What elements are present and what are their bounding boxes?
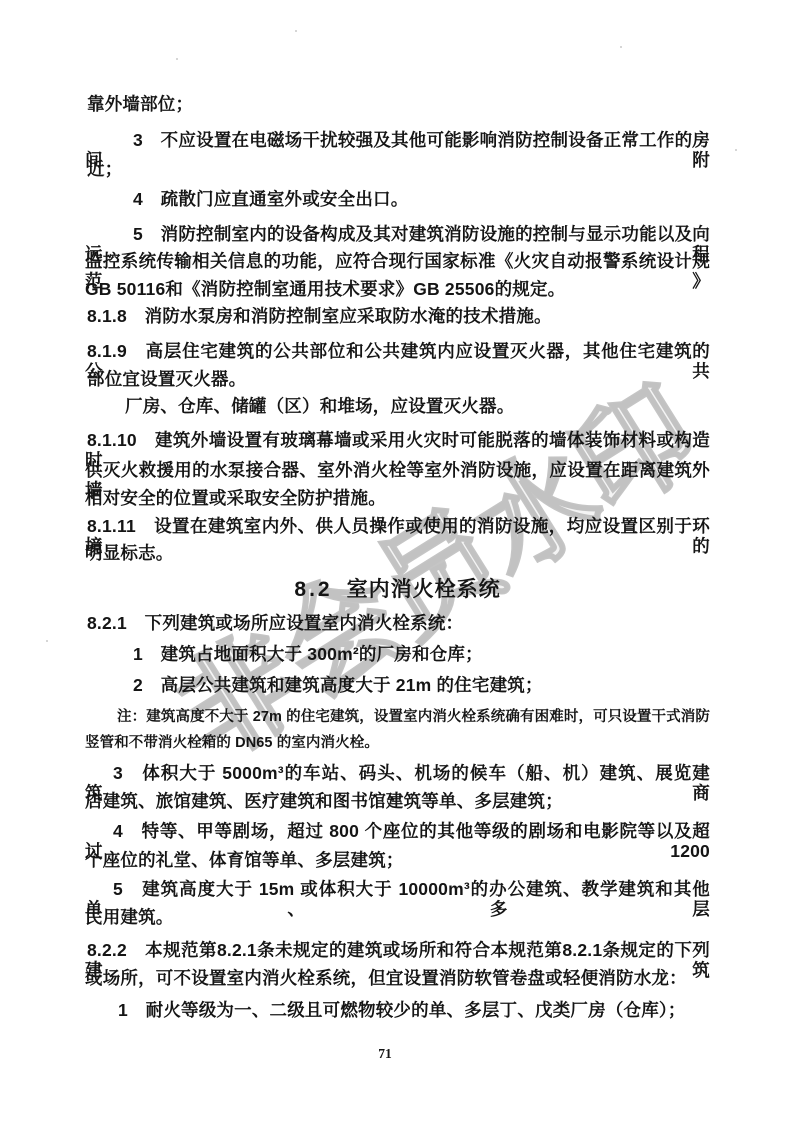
text-line: 部位宜设置灭火器。 [85,369,710,389]
scan-speck [620,46,622,48]
note-line: 竖管和不带消火栓箱的 DN65 的室内消火栓。 [85,733,710,753]
scan-speck [295,30,297,32]
text-line: 靠外墙部位； [85,94,710,114]
clause-line: 8.1.8 消防水泵房和消防控制室应采取防水淹的技术措施。 [85,306,710,326]
text-line: 4 疏散门应直通室外或安全出口。 [85,189,710,209]
text-line: 民用建筑。 [85,907,710,927]
clause-line: 8.2.1 下列建筑或场所应设置室内消火栓系统： [85,613,710,633]
scan-speck [46,640,48,642]
text-block: 靠外墙部位； 3 不应设置在电磁场干扰较强及其他可能影响消防控制设备正常工作的房… [0,0,793,1122]
scan-speck [735,149,737,151]
text-line: 相对安全的位置或采取安全防护措施。 [85,488,710,508]
section-title: 室内消火栓系统 [347,578,501,601]
scan-speck [176,58,178,60]
text-line: 个座位的礼堂、体育馆等单、多层建筑； [85,850,710,870]
text-line: 1 耐火等级为一、二级且可燃物较少的单、多层丁、戊类厂房（仓库）； [85,1000,710,1020]
text-line: 近； [85,159,710,179]
text-line: GB 50116和《消防控制室通用技术要求》GB 25506的规定。 [85,279,710,299]
document-page: 非会员水印 靠外墙部位； 3 不应设置在电磁场干扰较强及其他可能影响消防控制设备… [0,0,793,1122]
section-number: 8.2 [294,578,332,601]
text-line: 或场所，可不设置室内消火栓系统，但宜设置消防软管卷盘或轻便消防水龙： [85,968,710,988]
text-line: 厂房、仓库、储罐（区）和堆场，应设置灭火器。 [85,396,710,416]
text-line: 明显标志。 [85,543,710,563]
page-number: 71 [85,1046,685,1062]
text-line: 店建筑、旅馆建筑、医疗建筑和图书馆建筑等单、多层建筑； [85,791,710,811]
note-line: 注：建筑高度不大于 27m 的住宅建筑，设置室内消火栓系统确有困难时，可只设置干… [85,707,710,727]
text-line: 1 建筑占地面积大于 300m²的厂房和仓库； [85,644,710,664]
text-line: 2 高层公共建筑和建筑高度大于 21m 的住宅建筑； [85,675,710,695]
section-heading: 8.2室内消火栓系统 [85,577,710,603]
